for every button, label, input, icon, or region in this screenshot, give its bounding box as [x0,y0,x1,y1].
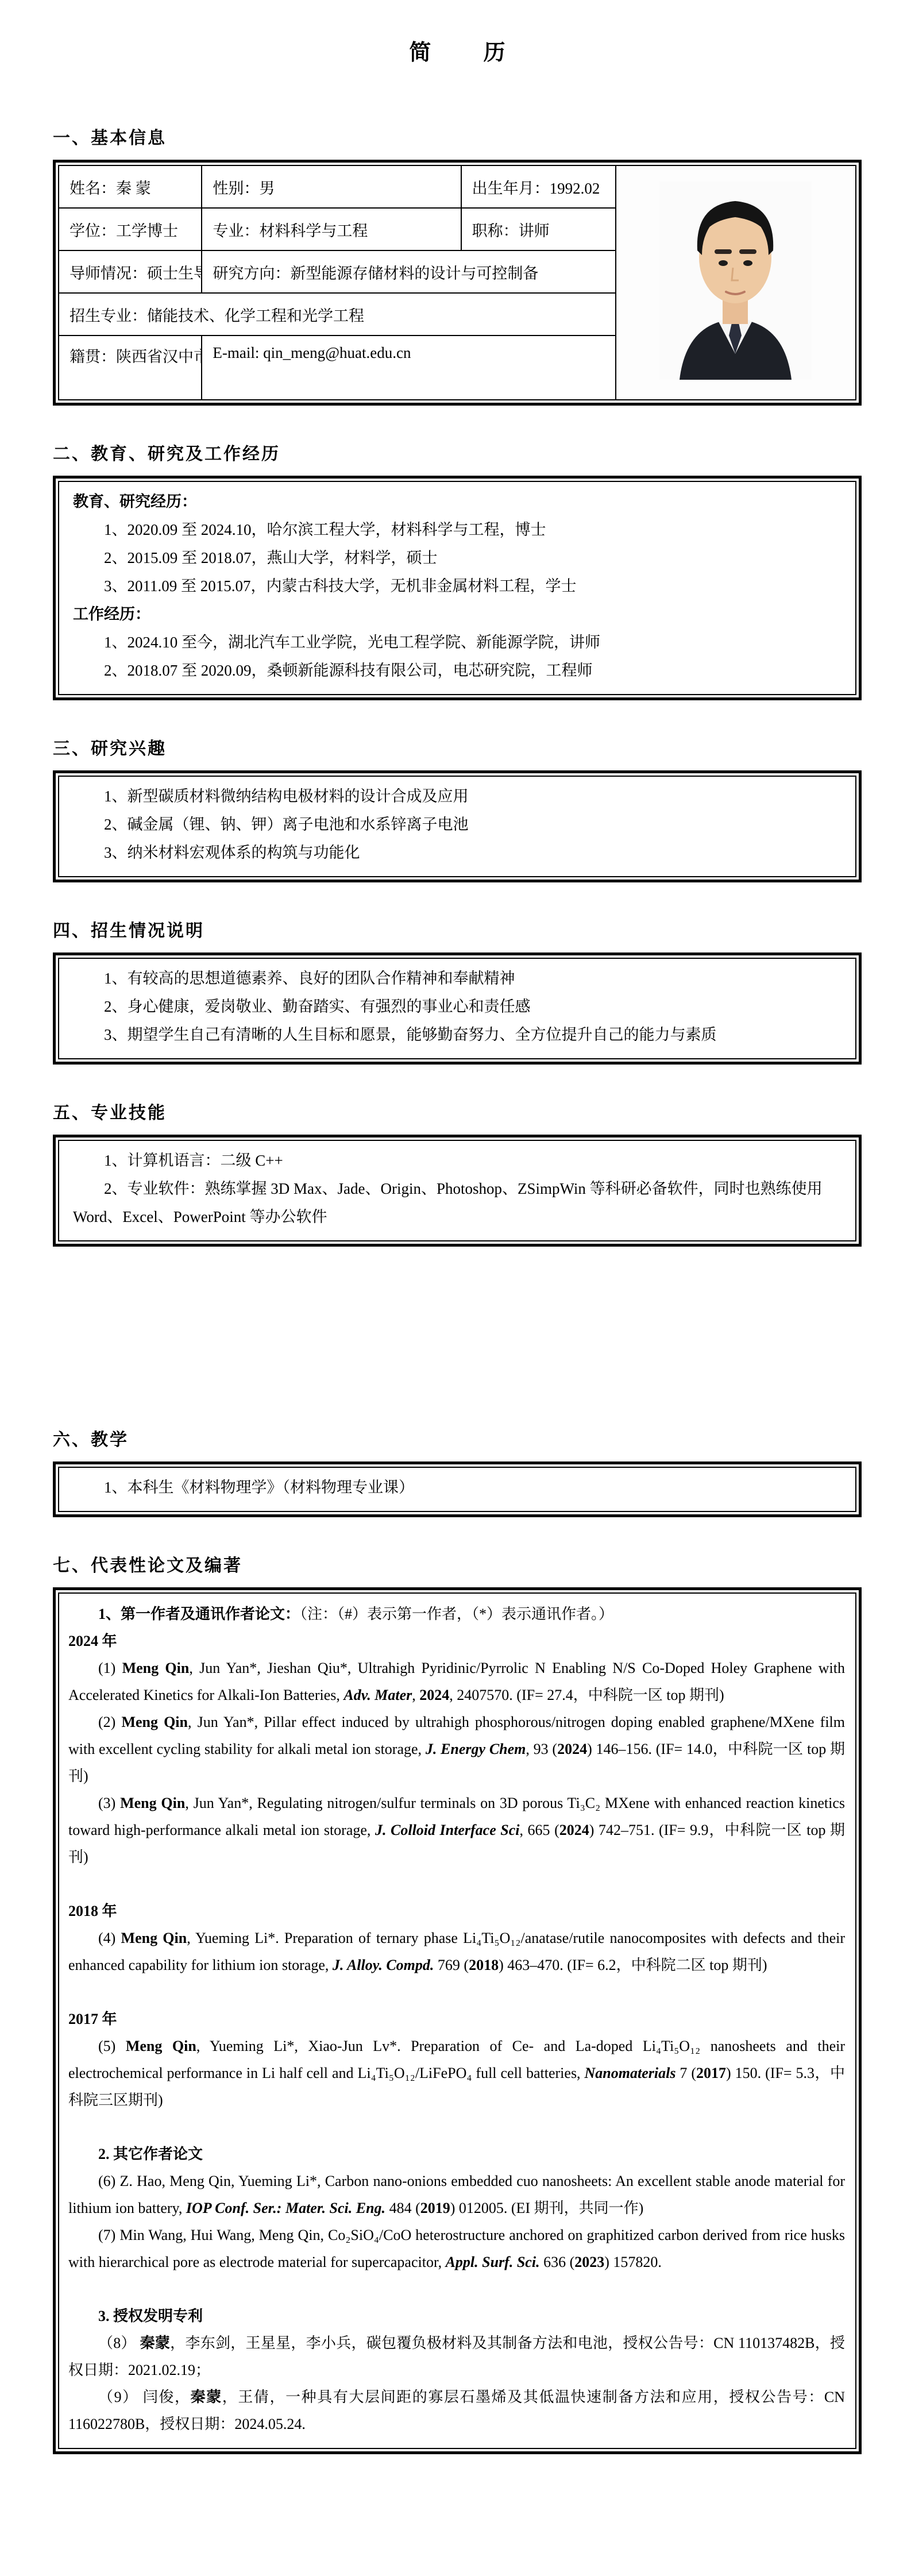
work-label: 工作经历： [73,600,841,628]
edu-item: 3、2011.09 至 2015.07，内蒙古科技大学，无机非金属材料工程，学士 [73,572,841,600]
skills-box: 1、计算机语言：二级 C++ 2、专业软件：熟练掌握 3D Max、Jade、O… [58,1140,856,1241]
edu-item: 1、2020.09 至 2024.10，哈尔滨工程大学，材料科学与工程，博士 [73,516,841,544]
cell-mentor: 导师情况：硕士生导师 [59,250,202,293]
cell-name: 姓名：秦 蒙 [59,165,202,208]
resume-page: 简历 一、基本信息 姓名：秦 蒙 性别：男 出生年月：1992.02 [0,0,911,2576]
pub-subheading-patents: 3. 授权发明专利 [68,2303,845,2330]
work-item: 1、2024.10 至今，湖北汽车工业学院，光电工程学院、新能源学院，讲师 [73,628,841,657]
edu-item: 2、2015.09 至 2018.07，燕山大学，材料学，硕士 [73,544,841,572]
cell-email: E-mail: qin_meng@huat.edu.cn [202,336,615,400]
enrollment-notes-box: 1、有较高的思想道德素养、良好的团队合作精神和奉献精神 2、身心健康，爱岗敬业、… [58,958,856,1059]
photo-cell [616,165,856,400]
pub-paragraph-6: (6) Z. Hao, Meng Qin, Yueming Li*, Carbo… [68,2168,845,2222]
cell-degree: 学位：工学博士 [59,208,202,250]
teaching-box: 1、本科生《材料物理学》（材料物理专业课） [58,1467,856,1512]
skill-item: 1、计算机语言：二级 C++ [73,1147,841,1175]
pub-paragraph-1: (1) Meng Qin, Jun Yan*, Jieshan Qiu*, Ul… [68,1655,845,1709]
portrait-photo [659,182,812,380]
pub-paragraph-4: (4) Meng Qin, Yueming Li*. Preparation o… [68,1925,845,1979]
interest-item: 1、新型碳质材料微纳结构电极材料的设计合成及应用 [73,782,841,811]
cell-major: 专业：材料科学与工程 [202,208,461,250]
skill-item: 2、专业软件：熟练掌握 3D Max、Jade、Origin、Photoshop… [73,1175,841,1231]
interests-box: 1、新型碳质材料微纳结构电极材料的设计合成及应用 2、碱金属（锂、钠、钾）离子电… [58,776,856,877]
pub-paragraph-3: (3) Meng Qin, Jun Yan*, Regulating nitro… [68,1790,845,1871]
heading-experience: 二、教育、研究及工作经历 [53,439,862,465]
enrollment-note-item: 3、期望学生自己有清晰的人生目标和愿景，能够勤奋努力、全方位提升自己的能力与素质 [73,1021,841,1049]
basic-info-box: 姓名：秦 蒙 性别：男 出生年月：1992.02 [58,165,856,400]
basic-info-table: 姓名：秦 蒙 性别：男 出生年月：1992.02 [58,165,856,400]
cell-hometown: 籍贯：陕西省汉中市 [59,336,202,400]
pub-year-2017: 2017 年 [68,2006,845,2033]
heading-publications: 七、代表性论文及编著 [53,1551,862,1576]
heading-enrollment-notes: 四、招生情况说明 [53,916,862,942]
pub-year-2018: 2018 年 [68,1898,845,1925]
interest-item: 3、纳米材料宏观体系的构筑与功能化 [73,839,841,867]
publications-box: 1、第一作者及通讯作者论文：（注：（#）表示第一作者，（*）表示通讯作者。） 2… [58,1592,856,2449]
document-title: 简历 [53,34,862,66]
heading-skills: 五、专业技能 [53,1098,862,1124]
work-item: 2、2018.07 至 2020.09，桑顿新能源科技有限公司，电芯研究院，工程… [73,657,841,685]
table-row: 姓名：秦 蒙 性别：男 出生年月：1992.02 [59,165,856,208]
patent-paragraph-9: （9） 闫俊，秦蒙，王倩，一种具有大层间距的寡层石墨烯及其低温快速制备方法和应用… [68,2384,845,2438]
teaching-item: 1、本科生《材料物理学》（材料物理专业课） [73,1474,841,1502]
pub-paragraph-2: (2) Meng Qin, Jun Yan*, Pillar effect in… [68,1709,845,1790]
heading-interests: 三、研究兴趣 [53,734,862,759]
enrollment-note-item: 1、有较高的思想道德素养、良好的团队合作精神和奉献精神 [73,965,841,993]
pub-subheading-other-author: 2. 其它作者论文 [68,2141,845,2168]
heading-teaching: 六、教学 [53,1425,862,1451]
cell-enroll-major: 招生专业：储能技术、化学工程和光学工程 [59,293,616,336]
cell-gender: 性别：男 [202,165,461,208]
pub-year-2024: 2024 年 [68,1628,845,1655]
pub-subheading-first-author: 1、第一作者及通讯作者论文：（注：（#）表示第一作者，（*）表示通讯作者。） [68,1601,845,1628]
experience-box: 教育、研究经历： 1、2020.09 至 2024.10，哈尔滨工程大学，材料科… [58,481,856,695]
pub-paragraph-5: (5) Meng Qin, Yueming Li*, Xiao-Jun Lv*.… [68,2033,845,2114]
cell-job-title: 职称：讲师 [461,208,616,250]
cell-birth: 出生年月：1992.02 [461,165,616,208]
enrollment-note-item: 2、身心健康，爱岗敬业、勤奋踏实、有强烈的事业心和责任感 [73,993,841,1021]
heading-basic-info: 一、基本信息 [53,124,862,149]
pub-paragraph-7: (7) Min Wang, Hui Wang, Meng Qin, Co₂SiO… [68,2222,845,2276]
edu-label: 教育、研究经历： [73,488,841,516]
cell-research-direction: 研究方向：新型能源存储材料的设计与可控制备 [202,250,615,293]
patent-paragraph-8: （8） 秦蒙，李东剑，王星星，李小兵，碳包覆负极材料及其制备方法和电池，授权公告… [68,2330,845,2384]
interest-item: 2、碱金属（锂、钠、钾）离子电池和水系锌离子电池 [73,811,841,839]
